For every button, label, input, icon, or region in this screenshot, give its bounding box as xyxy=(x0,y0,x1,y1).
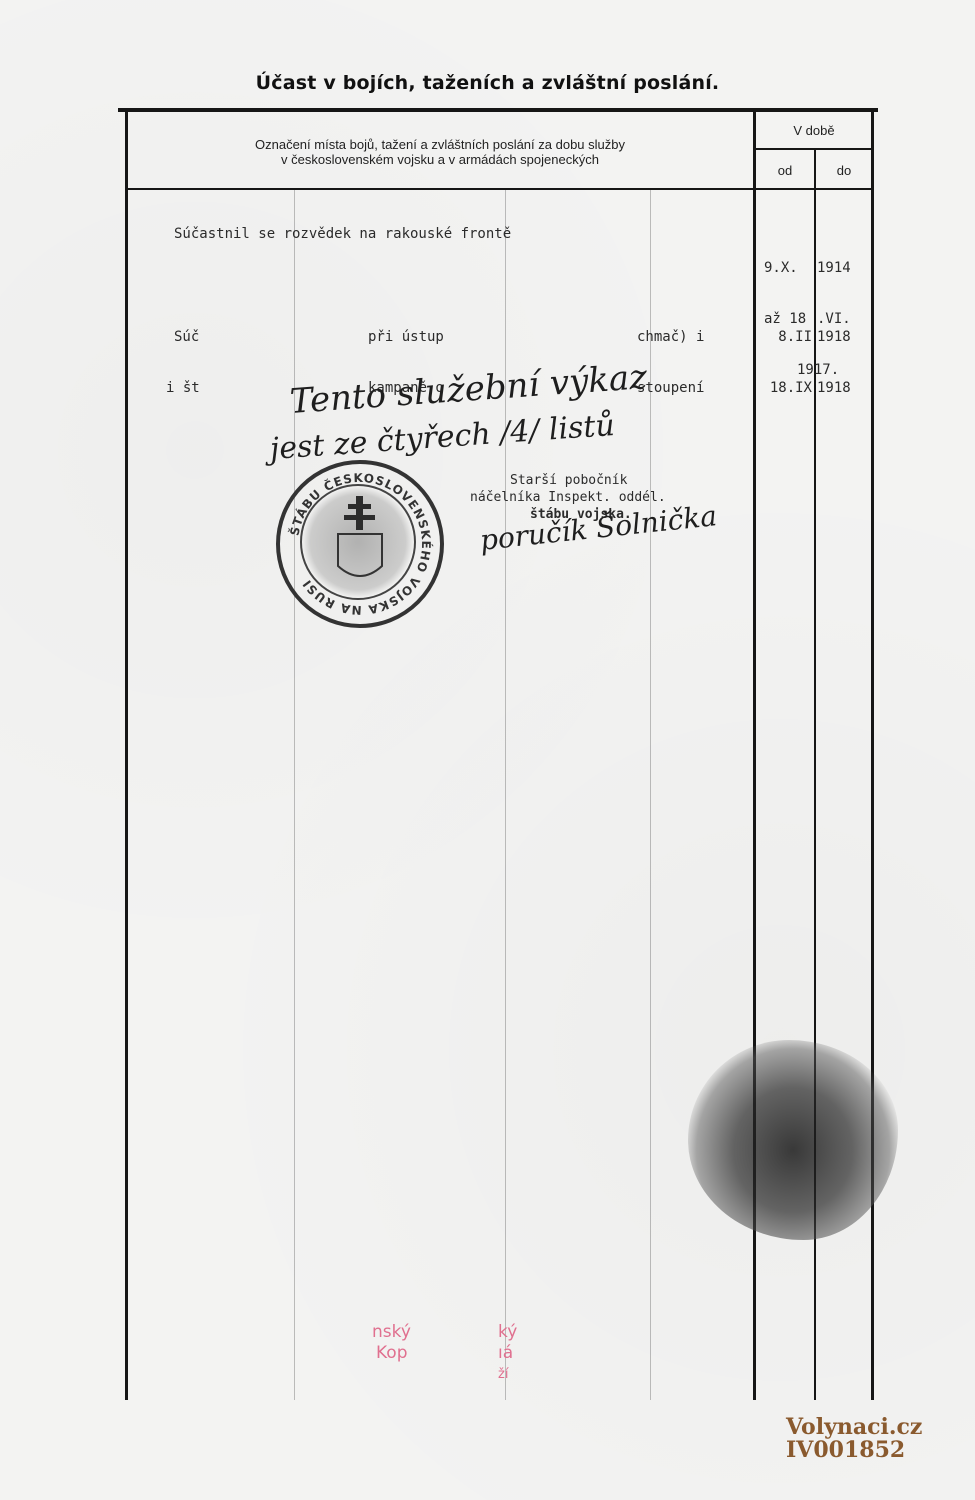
header-description: Označení místa bojů, tažení a zvláštních… xyxy=(150,137,730,167)
red-stamp-left-line1: nský xyxy=(372,1322,411,1343)
entry-2-from: 8.II 18.IX xyxy=(758,295,812,431)
entry-2-from-line1: 8.II xyxy=(758,329,812,346)
entry-2-part-1-line2: i št xyxy=(166,380,200,397)
header-bottom-border xyxy=(128,188,873,190)
table-right-border xyxy=(871,110,874,1400)
entry-2-to-line2: 1918 xyxy=(817,380,851,397)
entry-2-to-line1: 1918 xyxy=(817,329,851,346)
header-description-line2: v československém vojsku a v armádách sp… xyxy=(150,152,730,167)
svg-text:ŠTÁBU ČESKOSLOVENSKÉHO VOJSKA: ŠTÁBU ČESKOSLOVENSKÉHO VOJSKA NA RUSI xyxy=(287,471,435,617)
ruling-line xyxy=(294,190,295,1400)
header-from: od xyxy=(756,163,814,178)
red-stamp-left: nský Kop xyxy=(372,1322,411,1364)
red-stamp-right: ký ıá ží xyxy=(498,1322,517,1385)
entry-2-part-3-line1: chmač) i xyxy=(637,329,704,346)
entry-2-to: 1918 1918 xyxy=(817,295,851,431)
document-page: Účast v bojích, taženích a zvláštní posl… xyxy=(0,0,975,1500)
table-left-border xyxy=(125,110,128,1400)
seal-ring-text: ŠTÁBU ČESKOSLOVENSKÉHO VOJSKA NA RUSI xyxy=(280,464,440,624)
signature-title-line1: Starší pobočník xyxy=(510,472,627,489)
red-stamp-left-line2: Kop xyxy=(376,1343,411,1364)
entry-1-to-line1: 1914 xyxy=(817,260,851,277)
red-stamp-right-line1: ký xyxy=(498,1322,517,1343)
entry-2-part-1: Súč i št xyxy=(166,295,200,431)
entry-1-description: Súčastnil se rozvědek na rakouské frontě xyxy=(174,226,511,243)
header-description-line1: Označení místa bojů, tažení a zvláštních… xyxy=(150,137,730,152)
entry-2-part-2-line1: při ústup xyxy=(368,329,444,346)
watermark-id: IV001852 xyxy=(786,1439,922,1462)
table-top-border xyxy=(118,108,878,112)
entry-2-part-1-line1: Súč xyxy=(174,329,200,346)
red-stamp-right-line3: ží xyxy=(498,1364,517,1385)
header-period: V době xyxy=(756,123,872,138)
signature-title-line2: náčelníka Inspekt. oddél. xyxy=(470,489,666,506)
header-subdivider xyxy=(755,148,873,150)
watermark-site: Volynaci.cz xyxy=(786,1416,922,1439)
official-seal: ŠTÁBU ČESKOSLOVENSKÉHO VOJSKA NA RUSI xyxy=(276,460,444,628)
entry-2-from-line2: 18.IX xyxy=(758,380,812,397)
archive-watermark: Volynaci.cz IV001852 xyxy=(786,1416,922,1462)
entry-2-part-3: chmač) i stoupení xyxy=(637,295,704,431)
ink-blot xyxy=(688,1040,898,1240)
header-to: do xyxy=(816,163,872,178)
entry-1-from-line1: 9.X. xyxy=(764,260,806,277)
page-title: Účast v bojích, taženích a zvláštní posl… xyxy=(0,72,975,94)
red-stamp-right-line2: ıá xyxy=(498,1343,517,1364)
